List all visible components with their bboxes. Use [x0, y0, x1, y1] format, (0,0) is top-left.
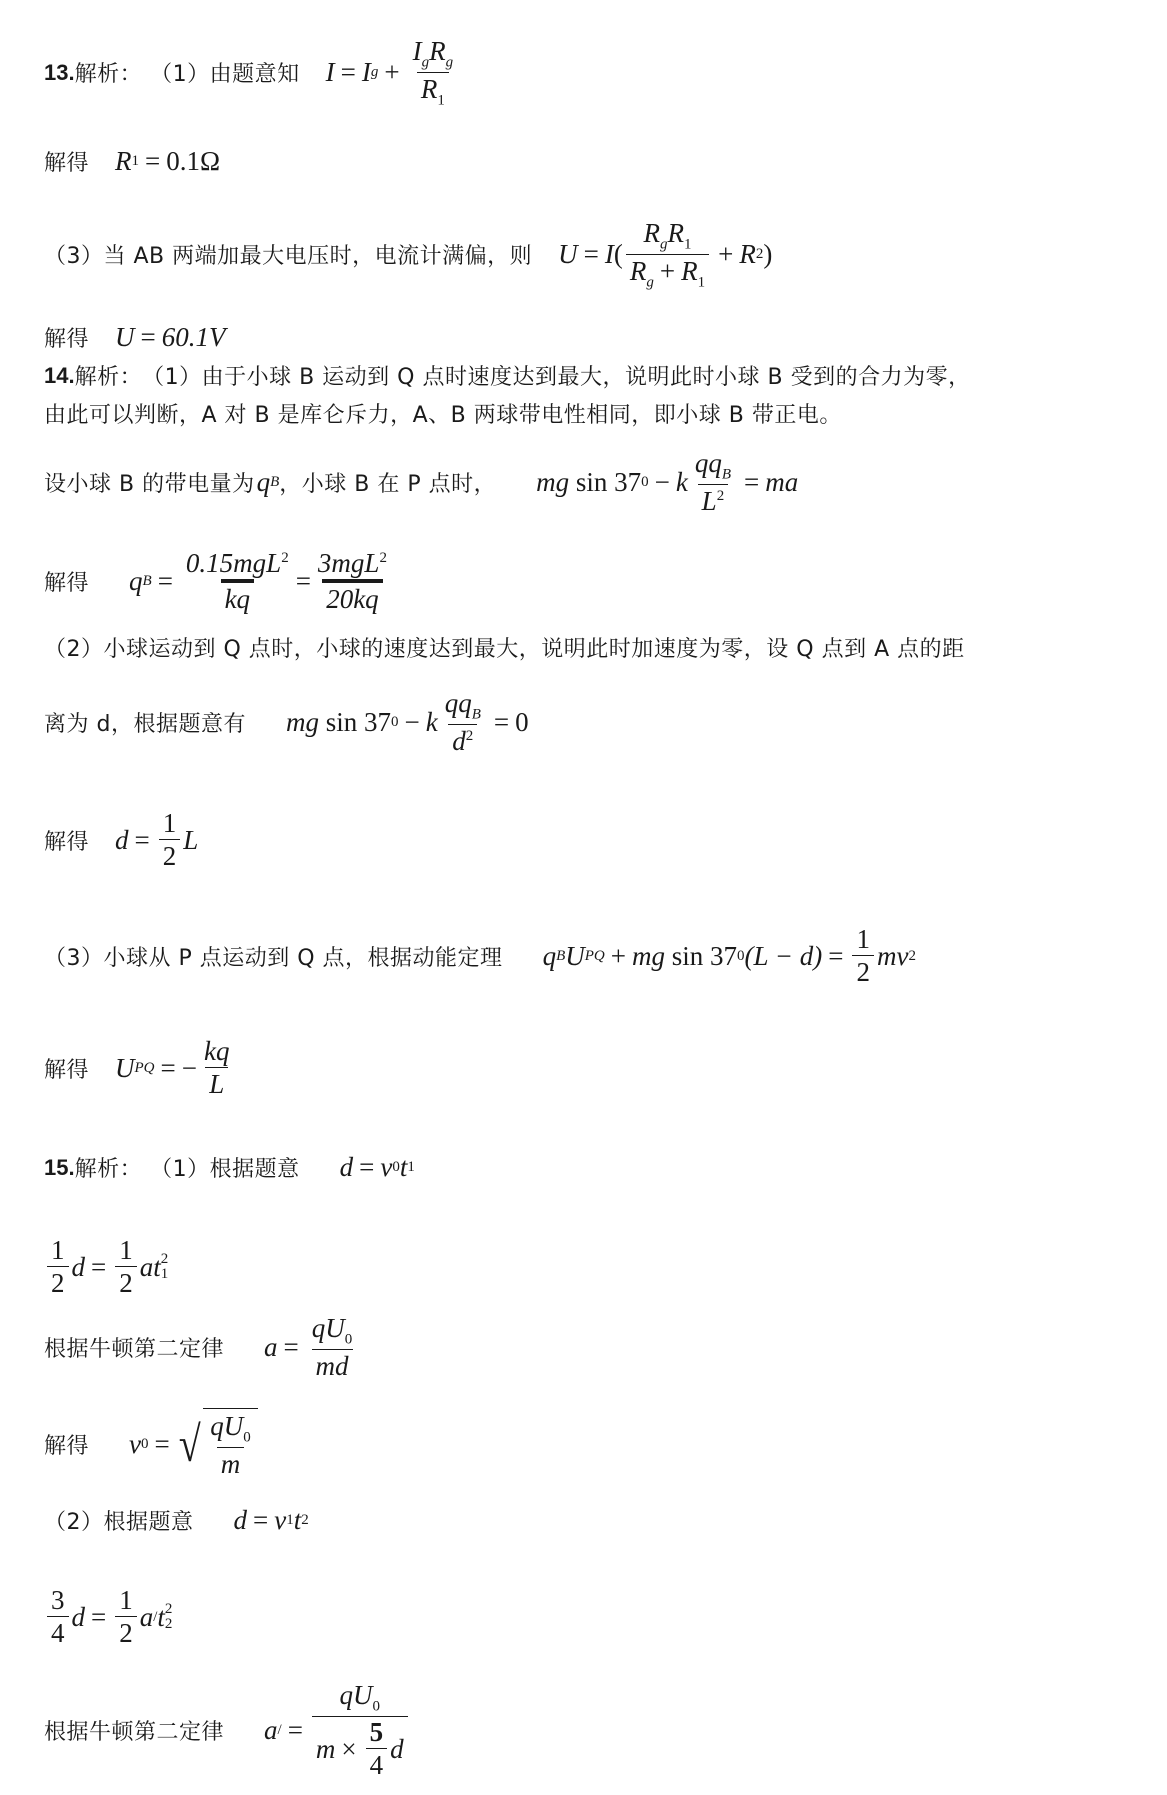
q15-eq-5: 34d = 12a/t22	[44, 1585, 172, 1649]
question-number: 13.	[44, 60, 75, 86]
solve-label: 解得	[44, 322, 89, 353]
solve-label: 解得	[44, 1429, 89, 1460]
paragraph-text: 设小球 B 的带电量为	[44, 467, 255, 498]
q14-line-3: 设小球 B 的带电量为 qB ，小球 B 在 P 点时， mg sin 370 …	[44, 448, 798, 517]
analysis-label: 解析：	[75, 57, 143, 88]
q14-part2-line-2: 离为 d，根据题意有 mg sin 370 −k qqBd2 =0	[44, 688, 529, 757]
result-equation: d= 12 L	[115, 808, 198, 872]
part-label: （1）由题意知	[150, 57, 300, 88]
analysis-label: 解析：	[75, 360, 143, 391]
q15-newton-1: 根据牛顿第二定律 a= qU0md	[44, 1313, 359, 1382]
q13-part3-line: （3）当 AB 两端加最大电压时，电流计满偏，则 U=I( RgR1Rg+R1 …	[44, 218, 772, 291]
q14-result-3: 解得 UPQ=− kqL	[44, 1036, 236, 1100]
q15-part2-line: （2）根据题意 d=v1t2	[44, 1505, 309, 1536]
equation: qBUPQ + mg sin 370(L − d) = 12 mv2	[543, 924, 916, 988]
sqrt-symbol: √qU0m	[176, 1408, 258, 1480]
solve-label: 解得	[44, 566, 89, 597]
q14-part2-line-1: （2）小球运动到 Q 点时，小球的速度达到最大，说明此时加速度为零，设 Q 点到…	[44, 632, 965, 663]
q14-line-1: 14. 解析： （1）由于小球 B 运动到 Q 点时速度达到最大，说明此时小球 …	[44, 360, 971, 391]
part-label: （3）当 AB 两端加最大电压时，电流计满偏，则	[44, 239, 532, 270]
q15-header-line: 15. 解析： （1）根据题意 d=v0t1	[44, 1152, 415, 1183]
equation: U=I( RgR1Rg+R1 +R2)	[558, 218, 772, 291]
result-equation: R1=0.1Ω	[115, 146, 220, 177]
equation: mg sin 370 −k qqBd2 =0	[286, 688, 529, 757]
equation: d=v0t1	[340, 1152, 415, 1183]
q14-part3-line: （3）小球从 P 点运动到 Q 点，根据动能定理 qBUPQ + mg sin …	[44, 924, 916, 988]
inline-math: qB	[257, 467, 280, 498]
paragraph-text: 离为 d，根据题意有	[44, 707, 246, 738]
question-number: 14.	[44, 363, 75, 389]
question-number: 15.	[44, 1155, 75, 1181]
equation: a/= qU0m×54d	[264, 1680, 411, 1781]
q14-result-2: 解得 d= 12 L	[44, 808, 198, 872]
q14-line-2: 由此可以判断，A 对 B 是库仑斥力，A、B 两球带电性相同，即小球 B 带正电…	[44, 398, 842, 429]
equation: a= qU0md	[264, 1313, 359, 1382]
law-label: 根据牛顿第二定律	[44, 1715, 224, 1746]
equation: I= Ig + IgRgR1	[326, 36, 460, 109]
part-label: （2）根据题意	[44, 1505, 194, 1536]
q13-header-line: 13. 解析： （1）由题意知 I= Ig + IgRgR1	[44, 36, 460, 109]
equation: d=v1t2	[234, 1505, 309, 1536]
q15-result-1: 解得 v0= √qU0m	[44, 1408, 258, 1480]
result-equation: v0= √qU0m	[129, 1408, 258, 1480]
analysis-label: 解析：	[75, 1152, 143, 1183]
part-label: （3）小球从 P 点运动到 Q 点，根据动能定理	[44, 941, 503, 972]
equation: 34d = 12a/t22	[44, 1585, 172, 1649]
solve-label: 解得	[44, 146, 89, 177]
paragraph-text: （2）小球运动到 Q 点时，小球的速度达到最大，说明此时加速度为零，设 Q 点到…	[44, 632, 965, 663]
result-equation: UPQ=− kqL	[115, 1036, 236, 1100]
q13-result-3: 解得 U=60.1V	[44, 322, 226, 353]
equation: mg sin 370 −k qqBL2 =ma	[536, 448, 798, 517]
q13-result-1: 解得 R1=0.1Ω	[44, 146, 220, 177]
paragraph-text: 由此可以判断，A 对 B 是库仑斥力，A、B 两球带电性相同，即小球 B 带正电…	[44, 398, 842, 429]
part-label: （1）根据题意	[150, 1152, 300, 1183]
q15-newton-2: 根据牛顿第二定律 a/= qU0m×54d	[44, 1680, 411, 1781]
solve-label: 解得	[44, 825, 89, 856]
result-equation: U=60.1V	[115, 322, 225, 353]
q15-eq-2: 12d = 12at21	[44, 1235, 168, 1299]
paragraph-text: ，小球 B 在 P 点时，	[279, 467, 496, 498]
result-equation: qB= 0.15mgL2kq = 3mgL220kq	[129, 548, 394, 615]
law-label: 根据牛顿第二定律	[44, 1332, 224, 1363]
equation: 12d = 12at21	[44, 1235, 168, 1299]
paragraph-text: （1）由于小球 B 运动到 Q 点时速度达到最大，说明此时小球 B 受到的合力为…	[142, 360, 970, 391]
solve-label: 解得	[44, 1053, 89, 1084]
q14-result-1: 解得 qB= 0.15mgL2kq = 3mgL220kq	[44, 548, 394, 615]
